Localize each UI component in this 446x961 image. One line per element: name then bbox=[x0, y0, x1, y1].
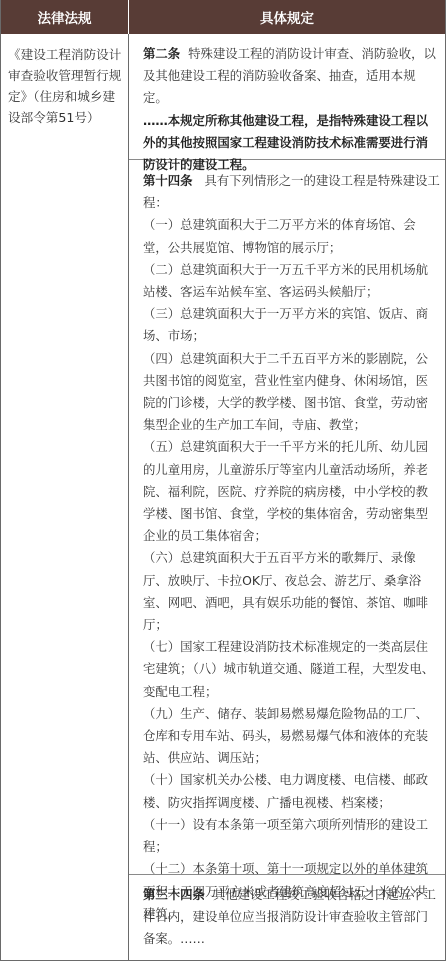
list-item: （三）总建筑面积大于一万平方米的宾馆、饭店、商场、市场； bbox=[143, 303, 440, 347]
article-label: 第三十四条 bbox=[143, 887, 205, 902]
article-label: 第十四条 bbox=[143, 173, 193, 188]
provisions-column: 第二条 特殊建设工程的消防设计审查、消防验收，以及其他建设工程的消防验收备案、抽… bbox=[129, 34, 445, 957]
table-body: 《建设工程消防设计审查验收管理暂行规定》（住房和城乡建设部令第51号） 第二条 … bbox=[1, 34, 445, 957]
table-header: 法律法规 具体规定 bbox=[1, 0, 445, 34]
list-item: （一）总建筑面积大于二万平方米的体育场馆、会堂，公共展览馆、博物馆的展示厅； bbox=[143, 214, 440, 258]
list-item: （二）总建筑面积大于一万五千平方米的民用机场航站楼、客运车站候车室、客运码头候船… bbox=[143, 259, 440, 303]
list-item: （四）总建筑面积大于二千五百平方米的影剧院，公共图书馆的阅览室，营业性室内健身、… bbox=[143, 348, 440, 437]
header-provisions: 具体规定 bbox=[129, 0, 445, 34]
header-laws: 法律法规 bbox=[1, 0, 129, 34]
list-item: （五）总建筑面积大于一千平方米的托儿所、幼儿园的儿童用房，儿童游乐厅等室内儿童活… bbox=[143, 436, 440, 547]
list-item: （十）国家机关办公楼、电力调度楼、电信楼、邮政楼、防灾指挥调度楼、广播电视楼、档… bbox=[143, 769, 440, 813]
list-item: （六）总建筑面积大于五百平方米的歌舞厅、录像厅、放映厅、卡拉OK厅、夜总会、游艺… bbox=[143, 547, 440, 636]
list-item: （九）生产、储存、装卸易燃易爆危险物品的工厂、仓库和专用车站、码头，易燃易爆气体… bbox=[143, 703, 440, 770]
regulations-table: 法律法规 具体规定 《建设工程消防设计审查验收管理暂行规定》（住房和城乡建设部令… bbox=[0, 0, 446, 957]
list-item: （十一）设有本条第一项至第六项所列情形的建设工程； bbox=[143, 814, 440, 858]
list-item: （七）国家工程建设消防技术标准规定的一类高层住宅建筑；（八）城市轨道交通、隧道工… bbox=[143, 636, 440, 703]
law-name-cell: 《建设工程消防设计审查验收管理暂行规定》（住房和城乡建设部令第51号） bbox=[1, 34, 129, 957]
article-label: 第二条 bbox=[143, 46, 180, 61]
provision-article-14: 第十四条 具有下列情形之一的建设工程是特殊建设工程： （一）总建筑面积大于二万平… bbox=[129, 160, 445, 875]
provision-article-34: 第三十四条 其他建设工程竣工验收合格之日起五个工作日内，建设单位应当报消防设计审… bbox=[129, 875, 445, 957]
article-text: 特殊建设工程的消防设计审查、消防验收，以及其他建设工程的消防验收备案、抽查，适用… bbox=[143, 46, 436, 105]
provision-article-2: 第二条 特殊建设工程的消防设计审查、消防验收，以及其他建设工程的消防验收备案、抽… bbox=[129, 34, 445, 160]
